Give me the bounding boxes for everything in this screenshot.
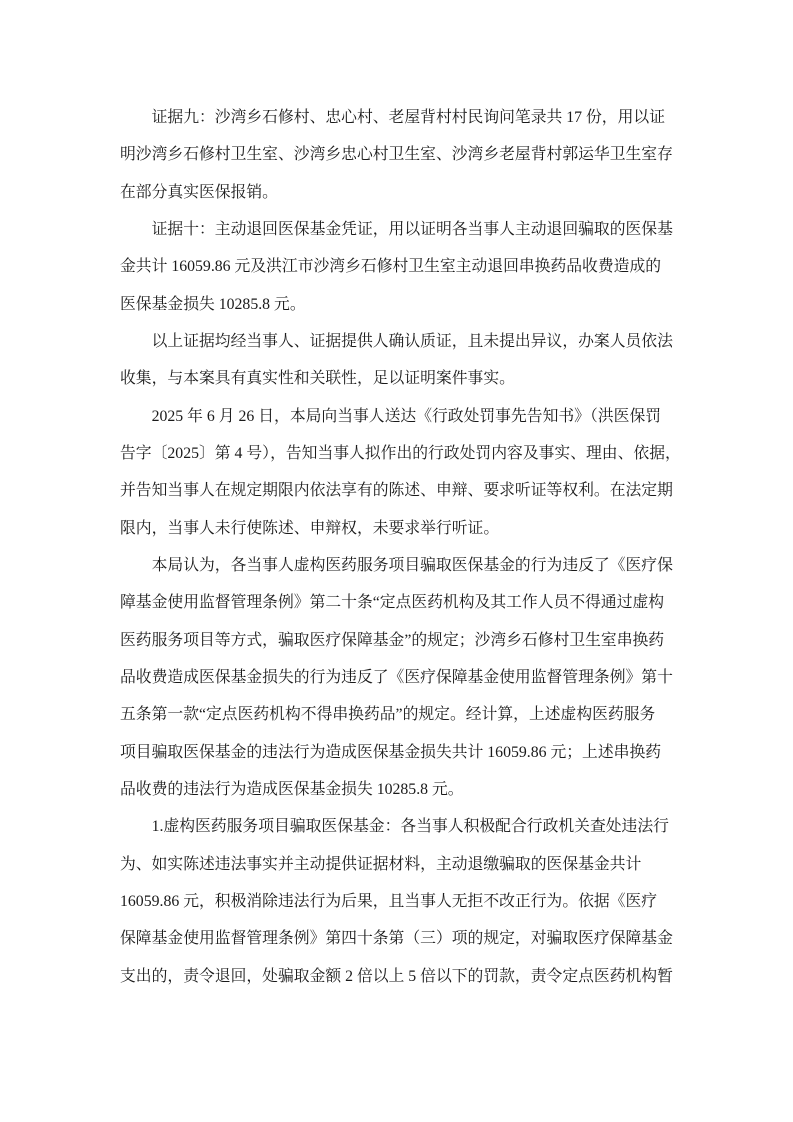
text-line: 医药服务项目等方式，骗取医疗保障基金”的规定；沙湾乡石修村卫生室串换药 (120, 622, 673, 659)
text-line: 证据十：主动退回医保基金凭证，用以证明各当事人主动退回骗取的医保基 (120, 211, 673, 248)
text-line: 并告知当事人在规定期限内依法享有的陈述、申辩、要求听证等权利。在法定期 (120, 472, 673, 509)
text-line: 16059.86 元，积极消除违法行为后果，且当事人无拒不改正行为。依据《医疗 (120, 883, 673, 920)
text-line: 1.虚构医药服务项目骗取医保基金：各当事人积极配合行政机关查处违法行 (120, 808, 673, 845)
text-line: 收集，与本案具有真实性和关联性，足以证明案件事实。 (120, 360, 673, 397)
text-line: 品收费造成医保基金损失的行为违反了《医疗保障基金使用监督管理条例》第十 (120, 659, 673, 696)
text-line: 金共计 16059.86 元及洪江市沙湾乡石修村卫生室主动退回串换药品收费造成的 (120, 248, 673, 285)
text-line: 明沙湾乡石修村卫生室、沙湾乡忠心村卫生室、沙湾乡老屋背村郭运华卫生室存 (120, 136, 673, 173)
document-body: 证据九：沙湾乡石修村、忠心村、老屋背村村民询问笔录共 17 份，用以证明沙湾乡石… (120, 99, 673, 995)
text-line: 证据九：沙湾乡石修村、忠心村、老屋背村村民询问笔录共 17 份，用以证 (120, 99, 673, 136)
text-line: 支出的，责令退回，处骗取金额 2 倍以上 5 倍以下的罚款，责令定点医药机构暂 (120, 958, 673, 995)
text-line: 限内，当事人未行使陈述、申辩权，未要求举行听证。 (120, 510, 673, 547)
text-line: 障基金使用监督管理条例》第二十条“定点医药机构及其工作人员不得通过虚构 (120, 584, 673, 621)
document-page: 证据九：沙湾乡石修村、忠心村、老屋背村村民询问笔录共 17 份，用以证明沙湾乡石… (0, 0, 793, 1122)
text-line: 品收费的违法行为造成医保基金损失 10285.8 元。 (120, 771, 673, 808)
text-line: 告字〔2025〕第 4 号），告知当事人拟作出的行政处罚内容及事实、理由、依据， (120, 435, 673, 472)
text-line: 项目骗取医保基金的违法行为造成医保基金损失共计 16059.86 元；上述串换药 (120, 734, 673, 771)
text-line: 在部分真实医保报销。 (120, 174, 673, 211)
text-line: 医保基金损失 10285.8 元。 (120, 286, 673, 323)
text-line: 本局认为，各当事人虚构医药服务项目骗取医保基金的行为违反了《医疗保 (120, 547, 673, 584)
text-line: 为、如实陈述违法事实并主动提供证据材料，主动退缴骗取的医保基金共计 (120, 846, 673, 883)
text-line: 五条第一款“定点医药机构不得串换药品”的规定。经计算，上述虚构医药服务 (120, 696, 673, 733)
text-line: 2025 年 6 月 26 日，本局向当事人送达《行政处罚事先告知书》（洪医保罚 (120, 398, 673, 435)
text-line: 以上证据均经当事人、证据提供人确认质证，且未提出异议，办案人员依法 (120, 323, 673, 360)
text-line: 保障基金使用监督管理条例》第四十条第（三）项的规定，对骗取医疗保障基金 (120, 920, 673, 957)
